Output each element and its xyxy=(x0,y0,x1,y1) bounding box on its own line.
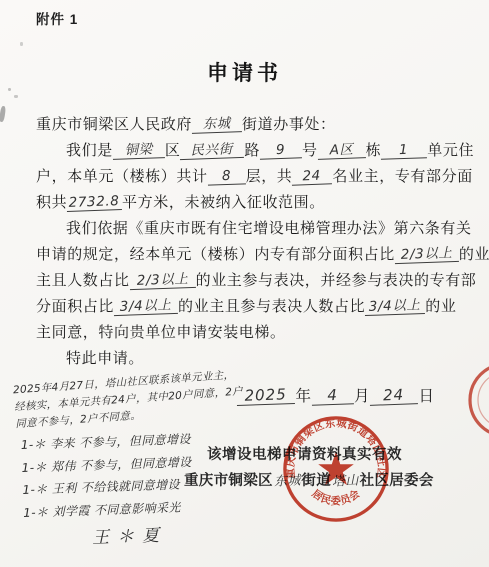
owner-dissent-notes: 1-＊ 李来 不参与，但同意增设1-＊ 郑伟 不参与，但同意增设1-＊ 王利 不… xyxy=(20,428,193,524)
handwritten-fill: 2732.8 xyxy=(67,193,122,212)
handwritten-fill: 1 xyxy=(381,141,428,160)
partial-seal-edge xyxy=(460,355,489,465)
printed-text: 积共 xyxy=(36,194,67,211)
handwritten-fill: 8 xyxy=(207,167,246,185)
scan-artifact xyxy=(14,95,18,98)
printed-text: 户，本单元（楼栋）共计 xyxy=(36,168,208,185)
printed-text: 申请的规定，经本单元（楼栋）内专有部分面积占比 xyxy=(36,246,395,263)
body-line: 户，本单元（楼栋）共计8层，共24名业主，专有部分面 xyxy=(36,164,466,190)
handwritten-fill: 3/4以上 xyxy=(113,297,178,316)
printed-text: 的业 xyxy=(425,298,456,315)
svg-text:居民委员会: 居民委员会 xyxy=(310,487,363,508)
printed-text: 的业主且参与表决人数占比 xyxy=(178,298,365,315)
printed-text: 街道办事处： xyxy=(242,116,336,133)
handwritten-fill: 2025 xyxy=(237,385,296,406)
scan-artifact xyxy=(20,42,23,46)
attachment-label: 附件 1 xyxy=(36,8,78,28)
handwritten-fill: A区 xyxy=(317,141,366,160)
printed-text: 号 xyxy=(302,142,318,159)
printed-text: 年 xyxy=(295,388,312,405)
printed-text: 平方米，未被纳入征收范围。 xyxy=(122,194,325,211)
printed-text: 层，共 xyxy=(246,168,293,185)
printed-text: 名业主，专有部分面 xyxy=(332,168,472,185)
body-text: 重庆市铜梁区人民政府东城街道办事处：我们是铜梁区民兴街路9号A区栋1单元住户，本… xyxy=(36,112,466,372)
body-line: 我们是铜梁区民兴街路9号A区栋1单元住 xyxy=(36,138,466,164)
body-line: 重庆市铜梁区人民政府东城街道办事处： xyxy=(36,112,466,138)
scan-artifact xyxy=(8,88,11,91)
printed-text: 日 xyxy=(418,388,435,405)
printed-text: 路 xyxy=(244,142,260,159)
printed-text: 重庆市铜梁区 xyxy=(184,473,273,489)
printed-text: 主且人数占比 xyxy=(36,272,130,289)
body-line: 积共2732.8平方米，未被纳入征收范围。 xyxy=(36,190,466,216)
printed-text: 的业主参与表决，并经参与表决的专有部 xyxy=(196,272,477,289)
handwritten-fill: 4 xyxy=(311,385,354,405)
handwritten-fill: 24 xyxy=(292,167,333,185)
printed-text: 我们依据《重庆市既有住宅增设电梯管理办法》第六条有关 xyxy=(66,220,472,237)
handwritten-fill: 东城 xyxy=(191,115,242,134)
body-line: 主且人数占比2/3以上的业主参与表决，并经参与表决的专有部 xyxy=(36,268,466,294)
body-line: 我们依据《重庆市既有住宅增设电梯管理办法》第六条有关 xyxy=(36,216,466,242)
printed-text: 我们是 xyxy=(66,142,113,159)
scanned-document-page: 附件 1 申请书 重庆市铜梁区人民政府东城街道办事处：我们是铜梁区民兴街路9号A… xyxy=(0,0,489,567)
document-title: 申请书 xyxy=(0,57,489,87)
printed-text: 分面积占比 xyxy=(36,298,114,315)
printed-text: 单元住 xyxy=(427,142,474,159)
handwritten-verification-note: 2025年4月27日，塔山社区联系该单元业主，经核实，本单元共有24户，其中20… xyxy=(13,366,256,434)
handwritten-fill: 9 xyxy=(259,141,302,159)
printed-text: 的业 xyxy=(459,246,489,263)
handwritten-fill: 铜梁 xyxy=(112,141,165,160)
seal-bottom-text: 居民委员会 xyxy=(310,487,363,508)
scan-artifact xyxy=(0,106,6,123)
handwritten-fill: 民兴街 xyxy=(180,141,245,160)
handwritten-fill: 2/3以上 xyxy=(129,271,196,290)
signature-handwriting: 王＊夏 xyxy=(92,521,168,549)
printed-text: 主同意，特向贵单位申请安装电梯。 xyxy=(36,324,286,341)
body-line: 分面积占比3/4以上的业主且参与表决人数占比3/4以上的业 xyxy=(36,294,466,320)
body-line: 申请的规定，经本单元（楼栋）内专有部分面积占比2/3以上的业 xyxy=(36,242,466,268)
printed-text: 月 xyxy=(354,388,371,405)
handwritten-fill: 24 xyxy=(370,385,419,406)
printed-text: 栋 xyxy=(366,142,382,159)
printed-text: 重庆市铜梁区人民政府 xyxy=(36,116,192,133)
handwritten-fill: 3/4以上 xyxy=(365,297,426,316)
body-line: 主同意，特向贵单位申请安装电梯。 xyxy=(36,320,466,346)
seal-star-icon xyxy=(318,451,354,485)
handwritten-fill: 2/3以上 xyxy=(394,245,459,264)
printed-text: 特此申请。 xyxy=(66,350,144,367)
official-seal-stamp: 重庆市铜梁区东城街道塔山社区 居民委员会 xyxy=(281,414,391,524)
printed-text: 区 xyxy=(165,142,181,159)
date-line: 2025年4月24日 xyxy=(237,384,435,406)
